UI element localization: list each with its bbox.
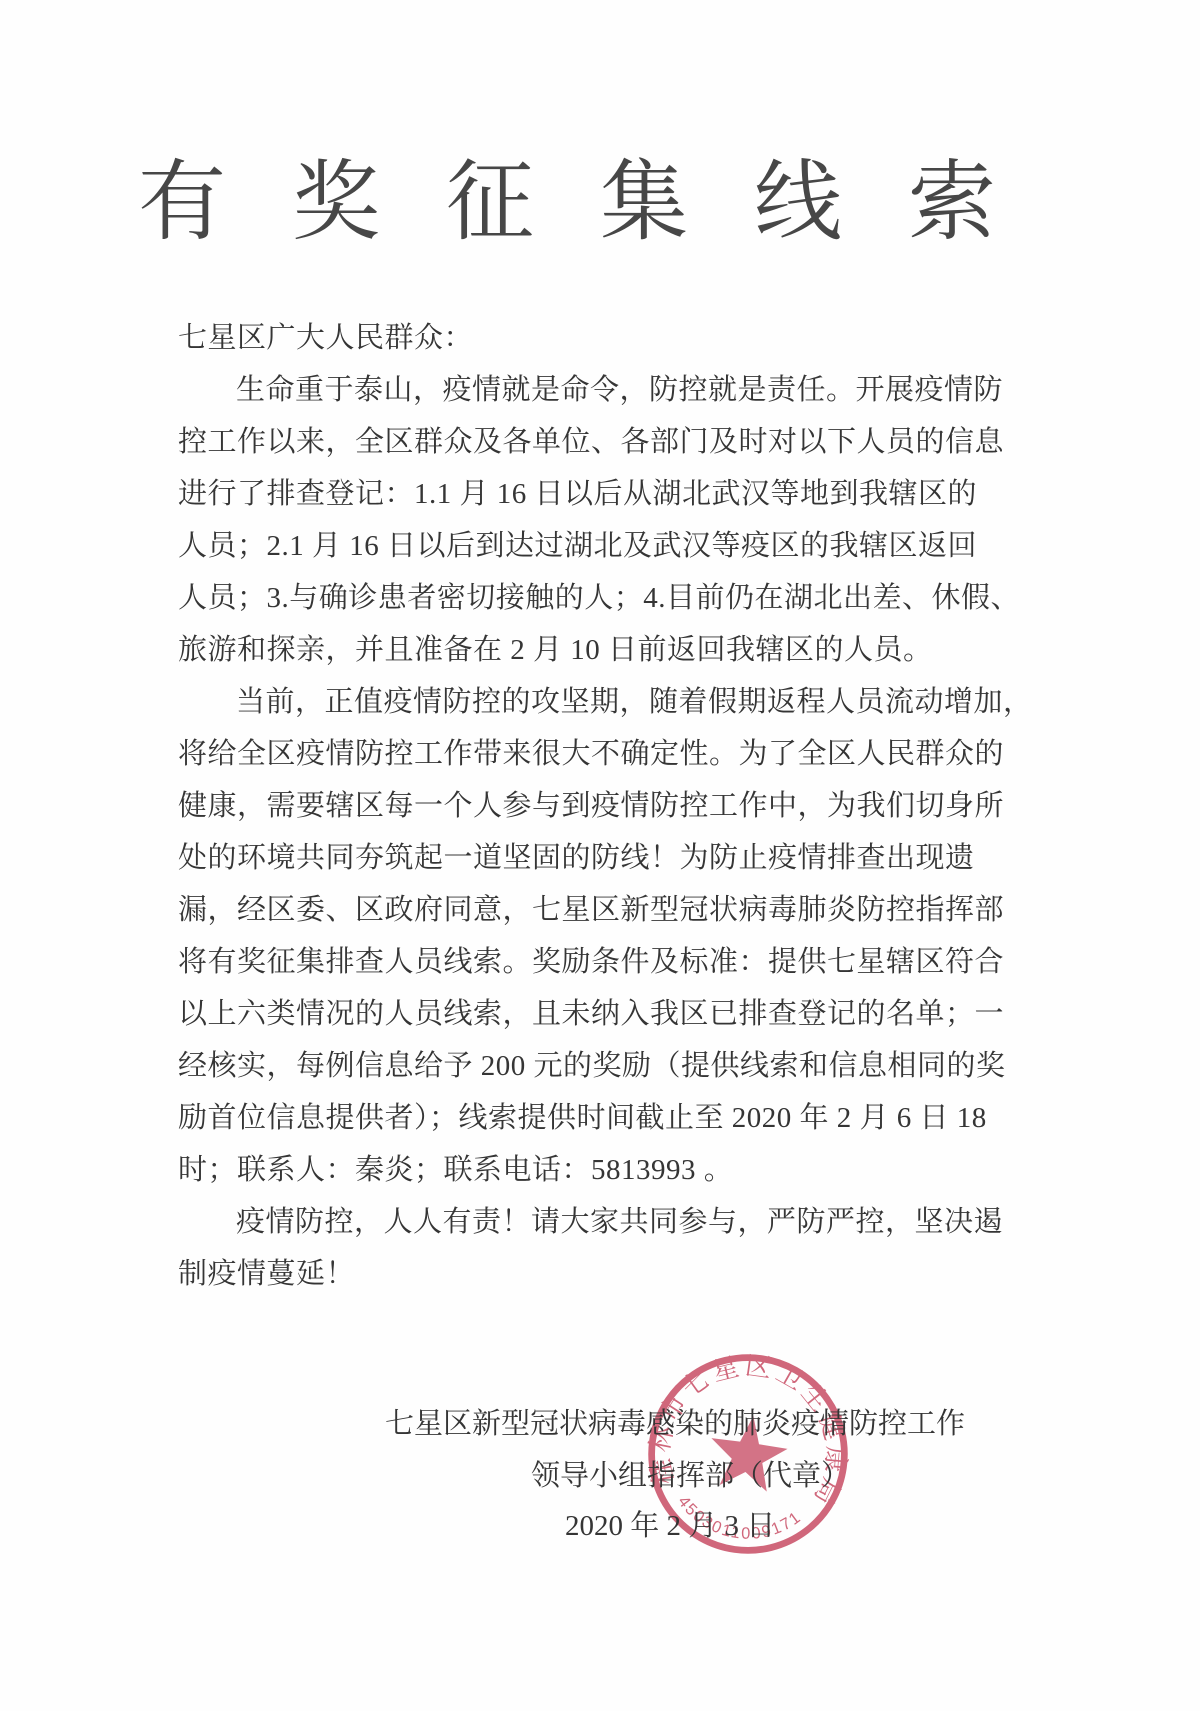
signature-org-line2: 领导小组指挥部（代章） <box>531 1453 850 1494</box>
body-line: 旅游和探亲，并且准备在 2 月 10 日前返回我辖区的人员。 <box>178 624 980 676</box>
body-line: 处的环境共同夯筑起一道坚固的防线！为防止疫情排查出现遗 <box>178 832 980 884</box>
body-line: 将给全区疫情防控工作带来很大不确定性。为了全区人民群众的 <box>178 728 980 780</box>
body-line: 将有奖征集排查人员线索。奖励条件及标准：提供七星辖区符合 <box>178 936 980 988</box>
body-line: 制疫情蔓延！ <box>178 1248 980 1300</box>
body-line: 以上六类情况的人员线索，且未纳入我区已排查登记的名单；一 <box>178 988 980 1040</box>
signature-date: 2020 年 2 月 3 日 <box>565 1503 775 1544</box>
body-line: 人员；2.1 月 16 日以后到达过湖北及武汉等疫区的我辖区返回 <box>178 520 980 572</box>
scanned-notice-page: 有奖征集线索 七星区广大人民群众： 生命重于泰山，疫情就是命令，防控就是责任。开… <box>0 0 1200 1711</box>
body-line: 励首位信息提供者）；线索提供时间截止至 2020 年 2 月 6 日 18 <box>178 1092 980 1144</box>
body-line: 人员；3.与确诊患者密切接触的人；4.目前仍在湖北出差、休假、 <box>178 572 980 624</box>
body-line: 控工作以来，全区群众及各单位、各部门及时对以下人员的信息 <box>178 416 980 468</box>
body-line: 进行了排查登记：1.1 月 16 日以后从湖北武汉等地到我辖区的 <box>178 468 980 520</box>
body-line: 漏，经区委、区政府同意，七星区新型冠状病毒肺炎防控指挥部 <box>178 884 980 936</box>
signature-org-line1: 七星区新型冠状病毒感染的肺炎疫情防控工作 <box>385 1401 965 1442</box>
body-line: 当前，正值疫情防控的攻坚期，随着假期返程人员流动增加， <box>178 676 980 728</box>
body-line: 经核实，每例信息给予 200 元的奖励（提供线索和信息相同的奖 <box>178 1040 980 1092</box>
page-title: 有奖征集线索 <box>0 132 1200 258</box>
greeting-line: 七星区广大人民群众： <box>178 312 980 364</box>
body-line: 健康，需要辖区每一个人参与到疫情防控工作中，为我们切身所 <box>178 780 980 832</box>
body-line: 时；联系人：秦炎；联系电话：5813993 。 <box>178 1144 980 1196</box>
notice-body: 七星区广大人民群众： 生命重于泰山，疫情就是命令，防控就是责任。开展疫情防 控工… <box>178 312 980 1300</box>
body-line: 疫情防控，人人有责！请大家共同参与，严防严控，坚决遏 <box>178 1196 980 1248</box>
body-line: 生命重于泰山，疫情就是命令，防控就是责任。开展疫情防 <box>178 364 980 416</box>
